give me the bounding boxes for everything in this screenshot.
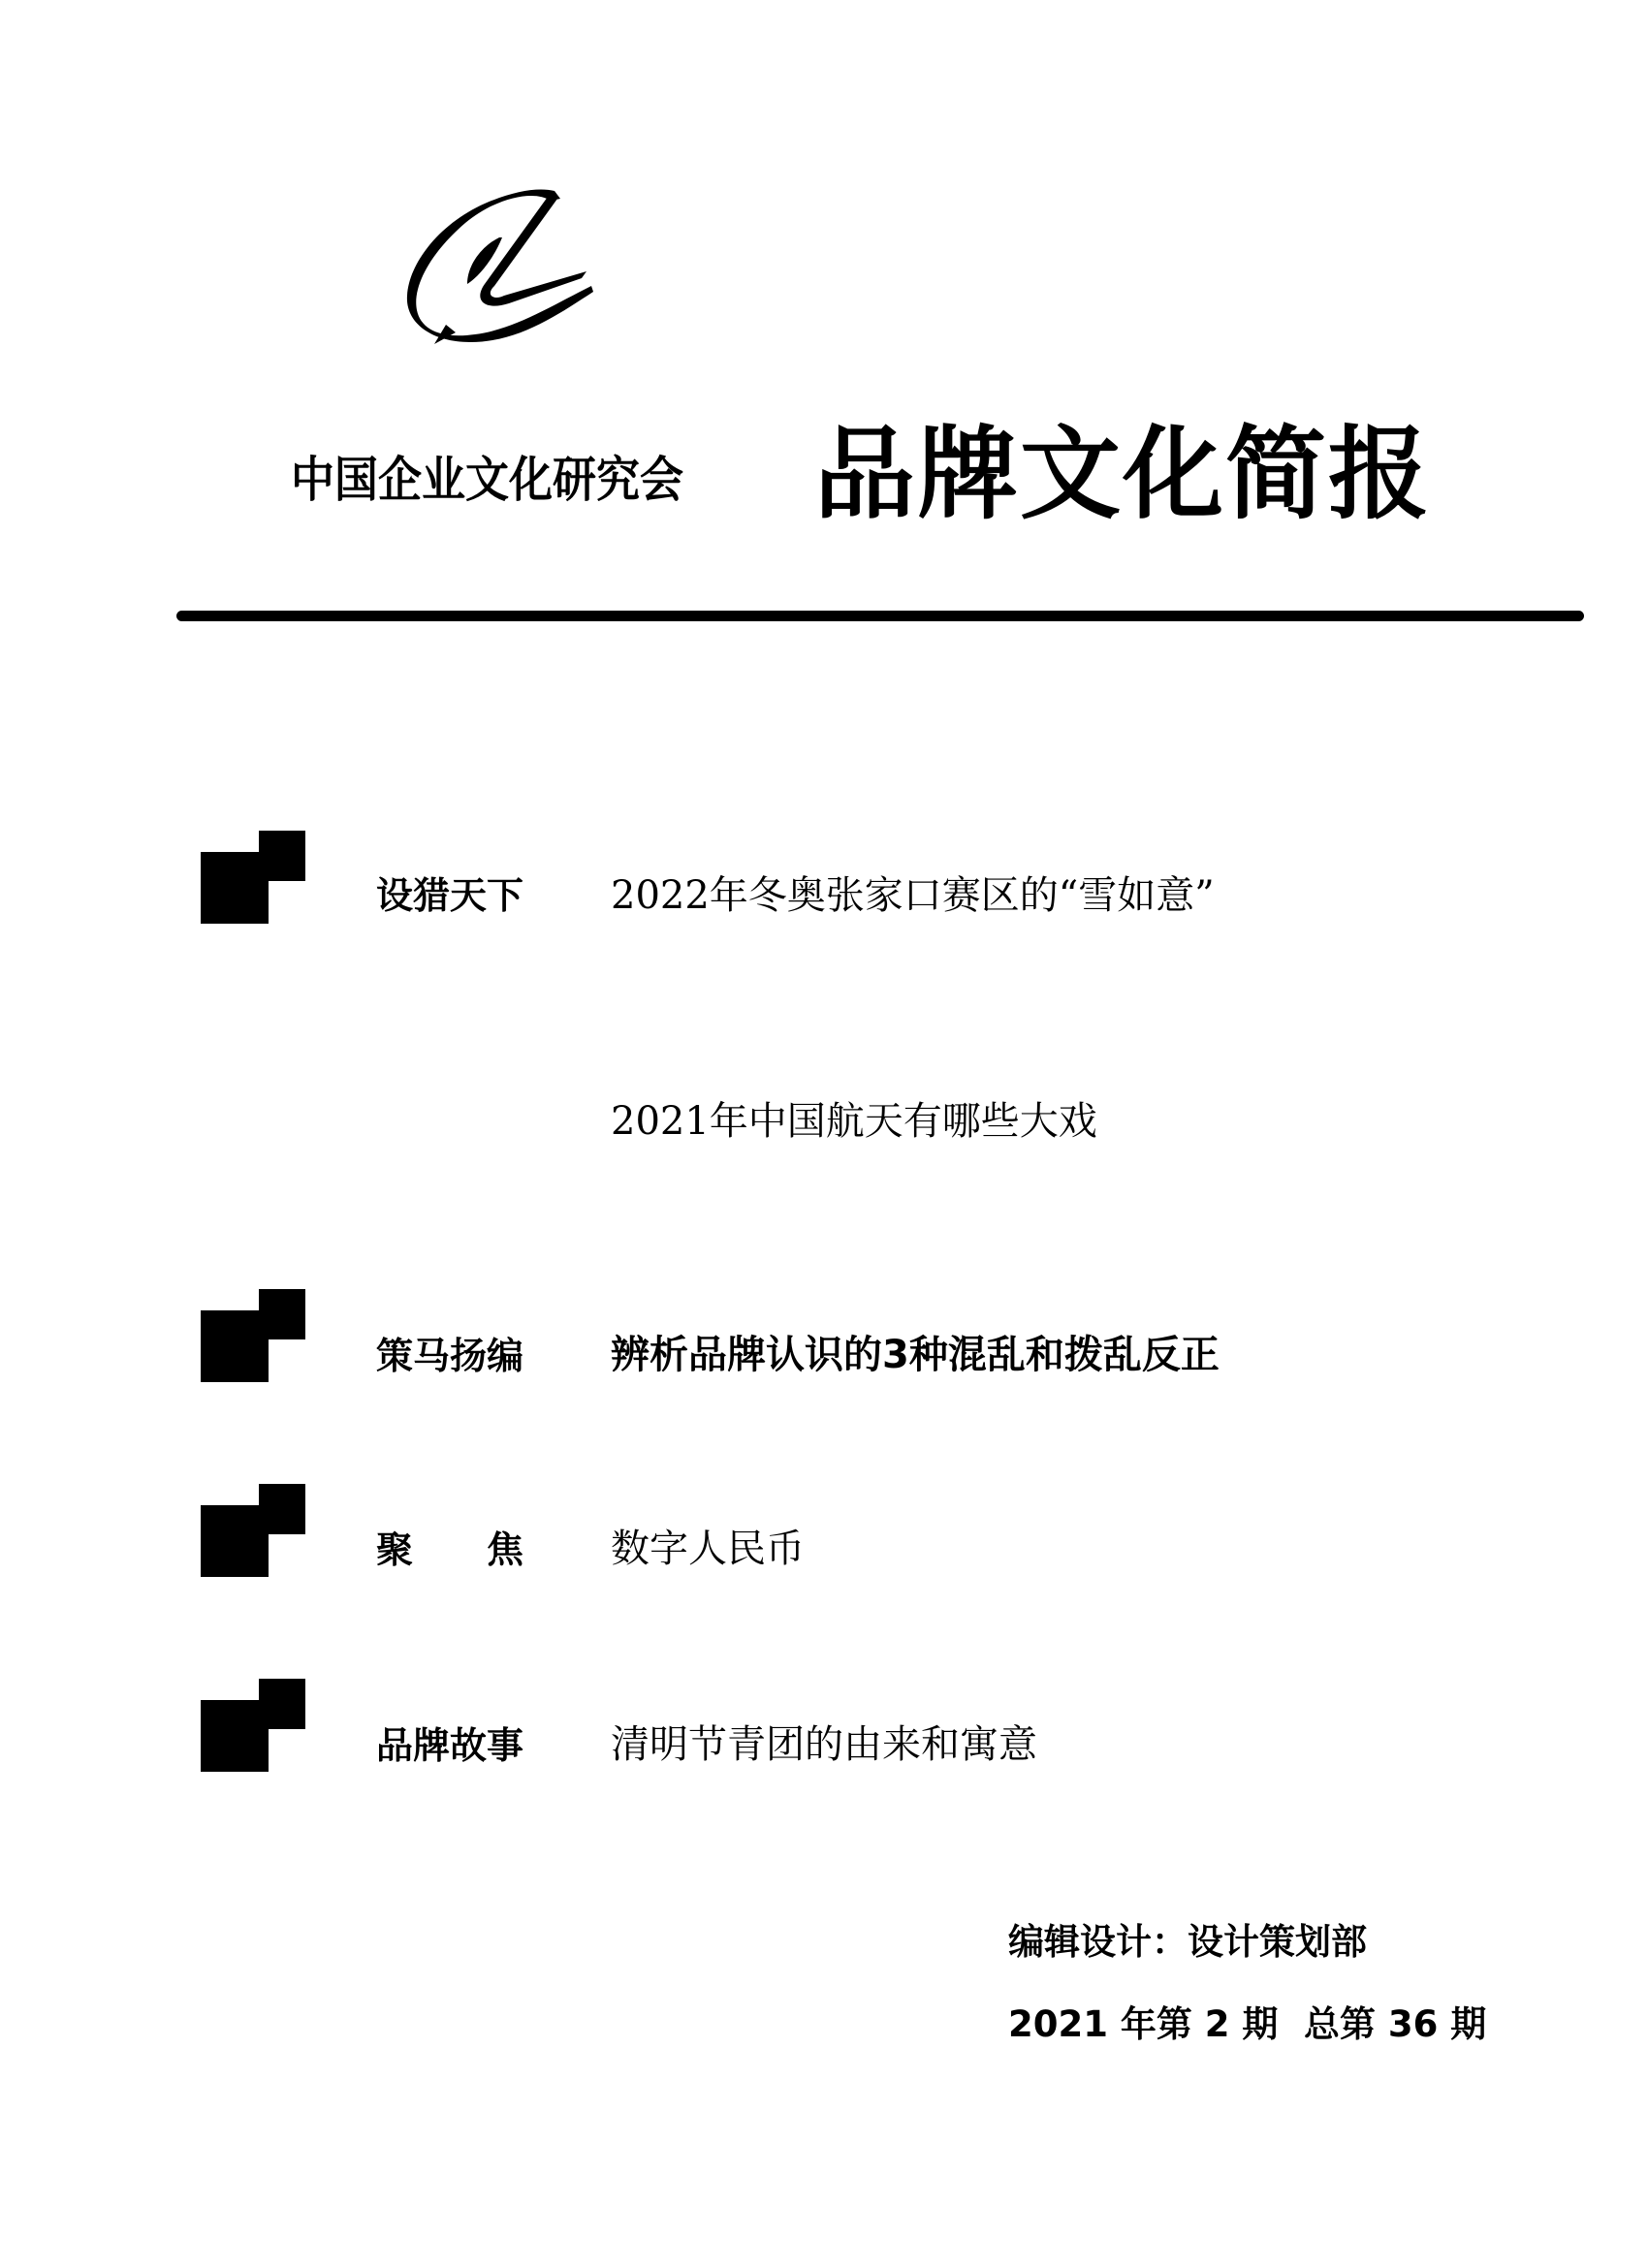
total-issue-number: 总第 36 期 — [1304, 1995, 1486, 2047]
article-title: 2022年冬奥张家口赛区的“雪如意” — [611, 865, 1215, 920]
e-logo-icon — [388, 170, 601, 344]
section-bullet-icon — [201, 831, 305, 924]
section-label: 聚 焦 — [376, 1520, 523, 1573]
article-title: 2021年中国航天有哪些大戏 — [611, 1090, 1097, 1146]
article-title: 数字人民币 — [611, 1518, 805, 1573]
header-divider — [176, 611, 1584, 621]
section-bullet-icon — [201, 1484, 305, 1577]
section-label: 品牌故事 — [376, 1716, 523, 1769]
article-title: 清明节青团的由来和寓意 — [611, 1714, 1037, 1769]
newsletter-title: 品牌文化简报 — [814, 393, 1431, 538]
issue-number: 2021 年第 2 期 — [1008, 1995, 1278, 2047]
organization-name: 中国企业文化研究会 — [291, 441, 683, 511]
article-title: 辨析品牌认识的3种混乱和拨乱反正 — [611, 1324, 1220, 1379]
section-bullet-icon — [201, 1289, 305, 1382]
section-label: 设猎天下 — [376, 866, 523, 919]
section-label: 策马扬编 — [376, 1326, 523, 1379]
editor-credit: 编辑设计：设计策划部 — [1008, 1912, 1367, 1965]
section-bullet-icon — [201, 1679, 305, 1772]
